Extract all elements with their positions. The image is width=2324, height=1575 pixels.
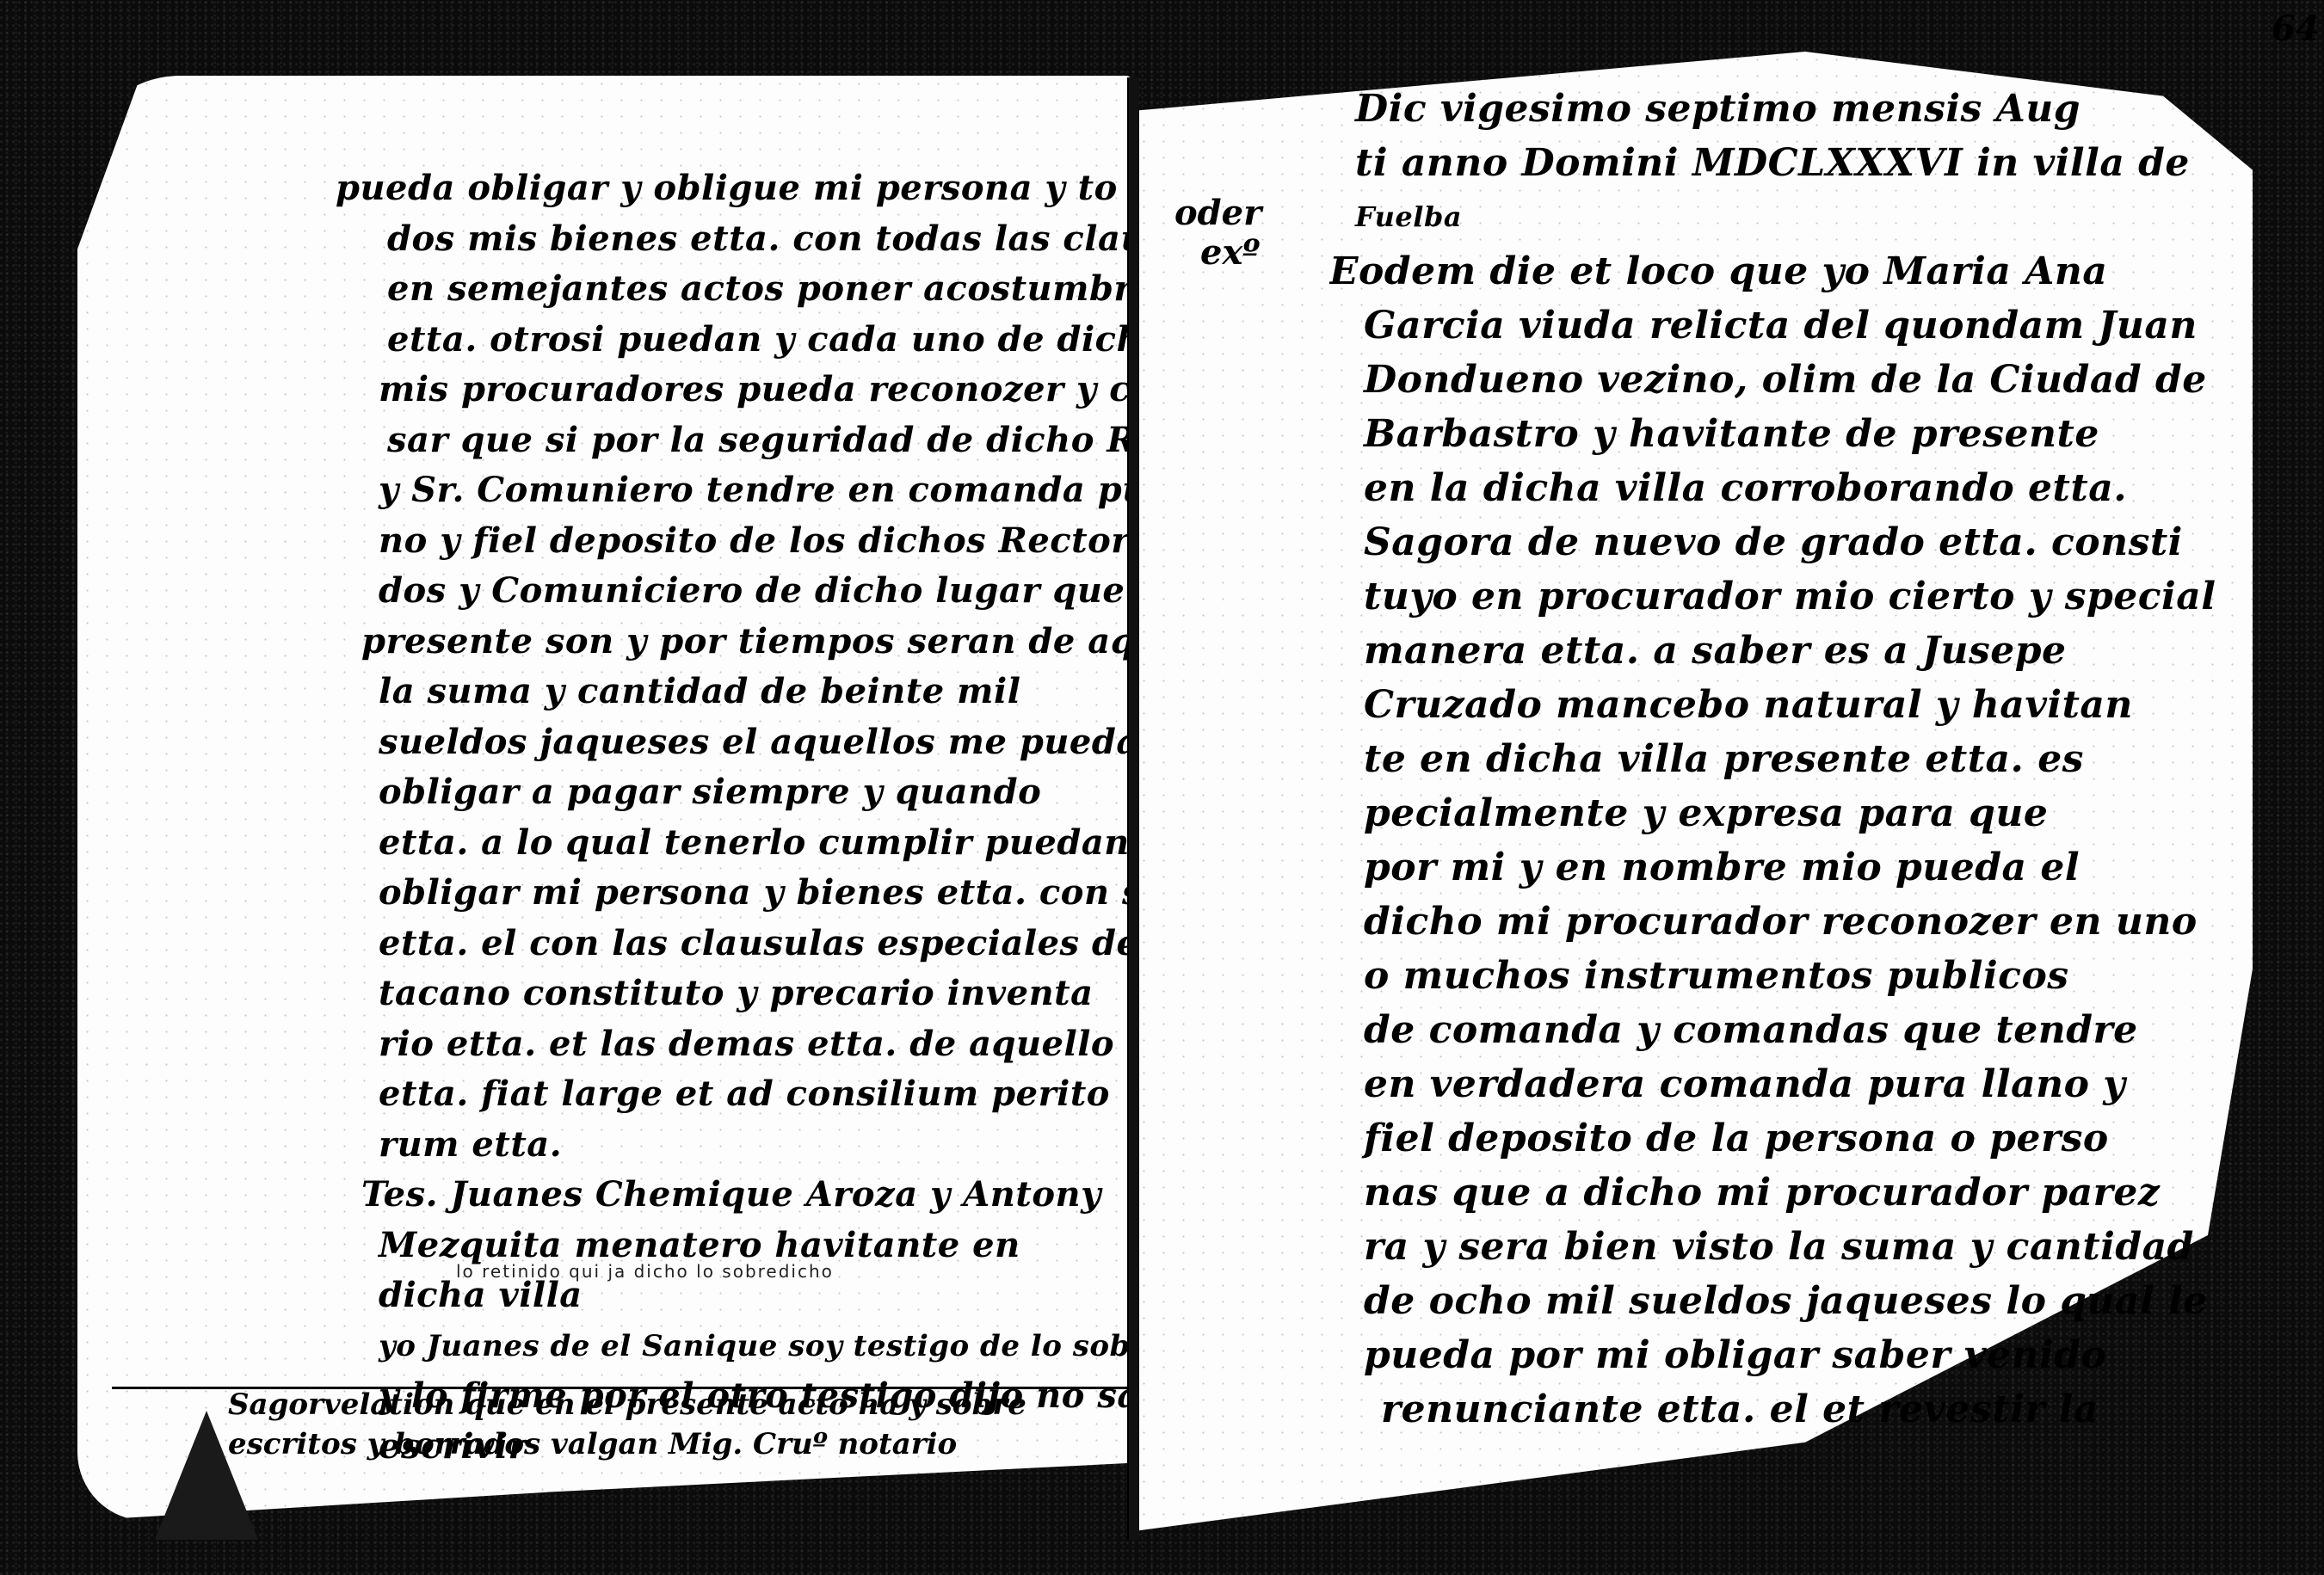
text-line: por mi y en nombre mio pueda el (1329, 840, 2233, 895)
text-line: sueldos jaqueses el aquellos me pueda (336, 717, 1127, 768)
text-line: Cruzado mancebo natural y havitan (1329, 678, 2233, 732)
text-line: Barbastro y havitante de presente (1329, 407, 2233, 461)
text-line: renunciante etta. el et revestir la (1329, 1382, 2233, 1437)
text-line: Sagora de nuevo de grado etta. consti (1329, 515, 2233, 569)
text-line: etta. el con las clausulas especiales de… (336, 919, 1127, 969)
text-line: sar que si por la seguridad de dicho Rec… (336, 415, 1127, 466)
book-gutter (1127, 77, 1139, 1540)
text-line: Dondueno vezino, olim de la Ciudad de (1329, 353, 2233, 407)
text-line: mis procuradores pueda reconozer y confe (336, 365, 1127, 415)
text-line: fiel deposito de la persona o perso (1329, 1111, 2233, 1166)
text-line: Eodem die et loco que yo Maria Ana (1329, 244, 2233, 298)
margin-note: oder exº (1174, 194, 1261, 273)
text-line: y Sr. Comuniero tendre en comanda pura l… (336, 465, 1127, 516)
right-page-text: Dic vigesimo septimo mensis Aug ti anno … (1329, 82, 2233, 1437)
text-line: la suma y cantidad de beinte mil (336, 667, 1127, 717)
text-line: en la dicha villa corroborando etta. (1329, 461, 2233, 515)
page-number: 64 (2272, 9, 2320, 49)
text-line: nas que a dicho mi procurador parez (1329, 1166, 2233, 1220)
text-line: rio etta. et las demas etta. de aquello (336, 1019, 1127, 1070)
text-line: ti anno Domini MDCLXXXVI in villa de (1329, 136, 2233, 190)
text-line: Dic vigesimo septimo mensis Aug (1329, 82, 2233, 136)
text-line: Garcia viuda relicta del quondam Juan (1329, 298, 2233, 353)
text-line: en semejantes actos poner acostumbrad (336, 264, 1127, 315)
text-line: etta. a lo qual tenerlo cumplir puedan (336, 818, 1127, 869)
text-line: dicho mi procurador reconozer en uno (1329, 895, 2233, 949)
text-line: rum etta. (336, 1120, 1127, 1171)
margin-note-line: exº (1174, 233, 1261, 273)
text-line: presente son y por tiempos seran de aque… (336, 617, 1127, 668)
text-line: o muchos instrumentos publicos (1329, 949, 2233, 1003)
footer-note: Sagorvelation que en el presente acto ha… (228, 1385, 1026, 1464)
footer-line: escritos y borrados valgan Mig. Cruº not… (228, 1424, 1026, 1464)
text-line: obligar a pagar siempre y quando (336, 767, 1127, 818)
text-line: de ocho mil sueldos jaqueses lo qual le (1329, 1274, 2233, 1328)
text-line: no y fiel deposito de los dichos Rector … (336, 516, 1127, 567)
text-line: ra y sera bien visto la suma y cantidad (1329, 1220, 2233, 1274)
faint-printed-line: lo retinido qui ja dicho lo sobredicho (456, 1261, 834, 1282)
text-line: tacano constituto y precario inventa (336, 969, 1127, 1019)
text-line: obligar mi persona y bienes etta. con su… (336, 868, 1127, 919)
text-line: Fuelba (1329, 190, 2233, 244)
text-line: yo Juanes de el Sanique soy testigo de l… (336, 1321, 1127, 1372)
text-line: dos y Comuniciero de dicho lugar que de (336, 566, 1127, 617)
text-line: en verdadera comanda pura llano y (1329, 1057, 2233, 1111)
text-line: dos mis bienes etta. con todas las claus… (336, 214, 1127, 265)
footer-line: Sagorvelation que en el presente acto ha… (228, 1385, 1026, 1424)
text-line: pueda obligar y obligue mi persona y to (336, 163, 1127, 214)
text-line: etta. otrosi puedan y cada uno de dichos (336, 315, 1127, 366)
text-line: etta. fiat large et ad consilium perito (336, 1069, 1127, 1120)
text-line: te en dicha villa presente etta. es (1329, 732, 2233, 786)
text-line: manera etta. a saber es a Jusepe (1329, 624, 2233, 678)
text-line: tuyo en procurador mio cierto y special (1329, 569, 2233, 624)
text-line: pecialmente y expresa para que (1329, 786, 2233, 840)
margin-note-line: oder (1174, 194, 1261, 233)
text-line: pueda por mi obligar saber venido (1329, 1328, 2233, 1382)
text-line: de comanda y comandas que tendre (1329, 1003, 2233, 1057)
text-line: Tes. Juanes Chemique Aroza y Antony (336, 1170, 1127, 1221)
